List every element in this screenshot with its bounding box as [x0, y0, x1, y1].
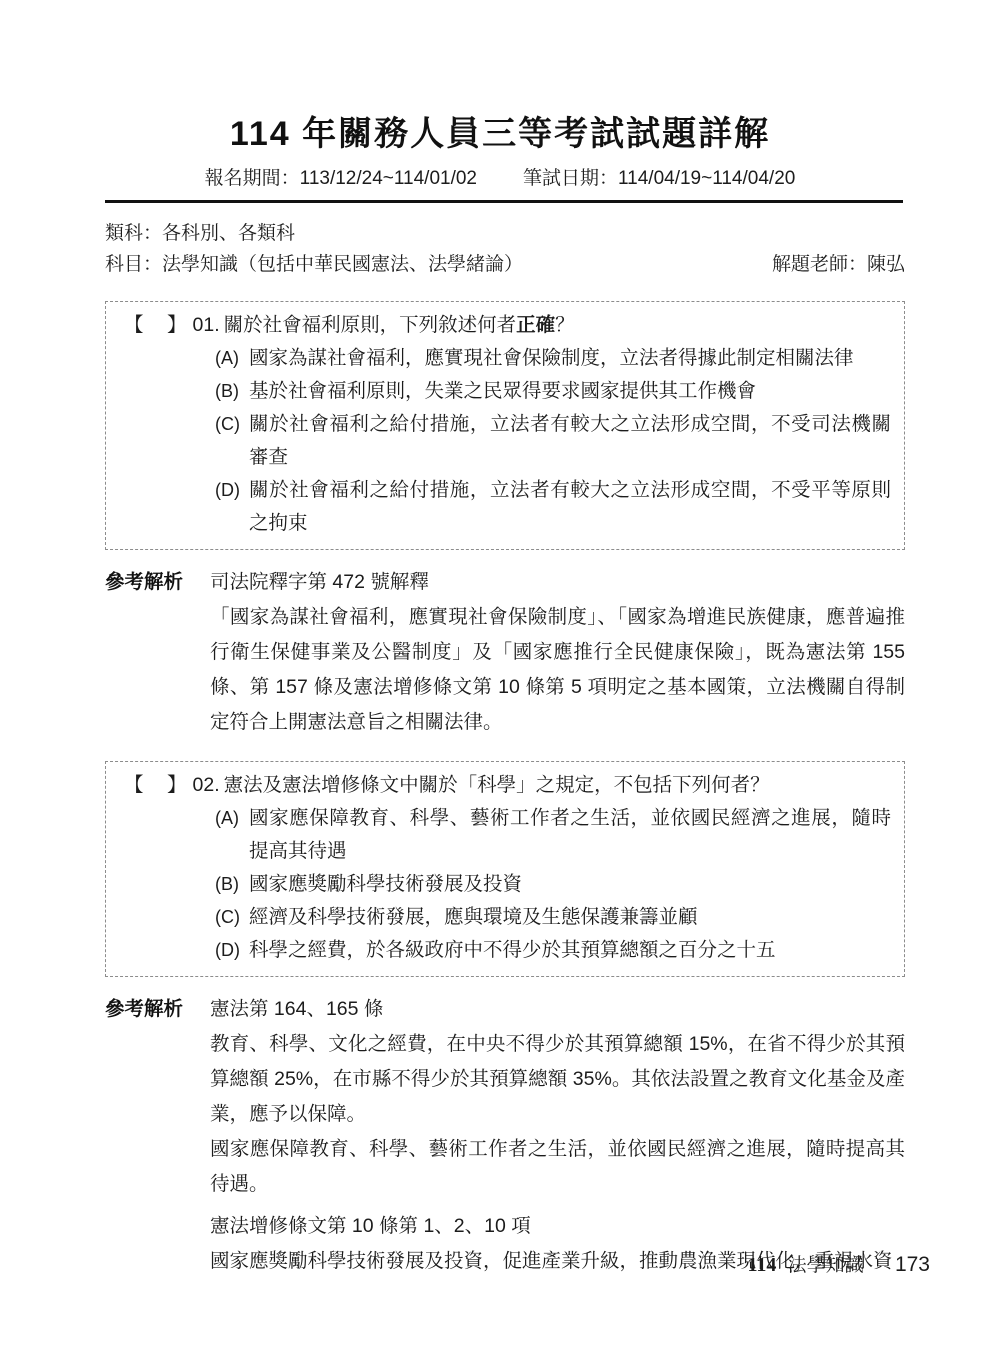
analysis-paragraph: 憲法增修條文第 10 條第 1、2、10 項: [210, 1209, 905, 1244]
analysis-label: 參考解析: [105, 565, 210, 740]
stem-emphasis: 正確: [516, 314, 555, 336]
answer-bracket: 【 】: [124, 314, 189, 336]
analysis-label: 參考解析: [105, 992, 210, 1279]
question-box-02: 【 】02.憲法及憲法增修條文中關於「科學」之規定，不包括下列何者？ (A) 國…: [105, 761, 905, 977]
option-text: 國家為謀社會福利，應實現社會保險制度，立法者得據此制定相關法律: [249, 342, 891, 375]
written-exam-date: 筆試日期：114/04/19~114/04/20: [523, 167, 795, 191]
option-label: (A): [215, 342, 249, 375]
option-b: (B) 基於社會福利原則，失業之民眾得要求國家提供其工作機會: [215, 375, 892, 408]
stem-text: 憲法及憲法增修條文中關於「科學」之規定，不包括下列何者: [224, 774, 751, 796]
option-text: 科學之經費，於各級政府中不得少於其預算總額之百分之十五: [249, 934, 891, 967]
analysis-paragraph: 國家應保障教育、科學、藝術工作者之生活，並依國民經濟之進展，隨時提高其待遇。: [210, 1132, 905, 1202]
header-divider: [105, 200, 903, 203]
option-b: (B) 國家應獎勵科學技術發展及投資: [215, 868, 892, 901]
footer-page-number: 173: [895, 1253, 930, 1276]
option-a: (A) 國家應保障教育、科學、藝術工作者之生活，並依國民經濟之進展，隨時提高其待…: [215, 802, 892, 868]
question-box-01: 【 】01.關於社會福利原則，下列敘述何者正確？ (A) 國家為謀社會福利，應實…: [105, 301, 905, 550]
question-text: 憲法及憲法增修條文中關於「科學」之規定，不包括下列何者？: [224, 774, 770, 796]
solver-line: 解題老師：陳弘: [772, 249, 905, 280]
registration-period: 報名期間：113/12/24~114/01/02: [205, 167, 477, 191]
category-line: 類科：各科別、各類科: [105, 218, 905, 249]
option-c: (C) 關於社會福利之給付措施，立法者有較大之立法形成空間，不受司法機關審查: [215, 408, 892, 474]
option-label: (C): [215, 408, 249, 474]
question-stem: 【 】01.關於社會福利原則，下列敘述何者正確？: [124, 309, 892, 342]
option-text: 基於社會福利原則，失業之民眾得要求國家提供其工作機會: [249, 375, 891, 408]
page-footer: 114 法學知識 173: [747, 1250, 930, 1281]
question-text: 關於社會福利原則，下列敘述何者正確？: [224, 314, 575, 336]
footer-book-number: 114: [747, 1254, 776, 1276]
page-title: 114 年關務人員三等考試試題詳解: [0, 0, 1000, 155]
analysis-block-01: 參考解析 司法院釋字第 472 號解釋 「國家為謀社會福利，應實現社會保險制度」…: [105, 565, 905, 740]
stem-suffix: ？: [555, 314, 575, 336]
option-d: (D) 關於社會福利之給付措施，立法者有較大之立法形成空間，不受平等原則之拘束: [215, 474, 892, 540]
exam-solution-page: 114 年關務人員三等考試試題詳解 報名期間：113/12/24~114/01/…: [0, 0, 1000, 1353]
exam-dates-row: 報名期間：113/12/24~114/01/02 筆試日期：114/04/19~…: [0, 167, 1000, 191]
stem-suffix: ？: [750, 774, 770, 796]
option-label: (C): [215, 901, 249, 934]
option-label: (B): [215, 868, 249, 901]
option-text: 經濟及科學技術發展，應與環境及生態保護兼籌並顧: [249, 901, 891, 934]
option-text: 國家應獎勵科學技術發展及投資: [249, 868, 891, 901]
analysis-paragraph: 司法院釋字第 472 號解釋: [210, 565, 905, 600]
analysis-body: 司法院釋字第 472 號解釋 「國家為謀社會福利，應實現社會保險制度」、「國家為…: [210, 565, 905, 740]
page-header: 114 年關務人員三等考試試題詳解 報名期間：113/12/24~114/01/…: [0, 0, 1000, 280]
analysis-body: 憲法第 164、165 條 教育、科學、文化之經費，在中央不得少於其預算總額 1…: [210, 992, 905, 1279]
question-number: 01.: [193, 314, 220, 336]
option-text: 關於社會福利之給付措施，立法者有較大之立法形成空間，不受司法機關審查: [249, 408, 891, 474]
subject-line: 科目：法學知識（包括中華民國憲法、法學緒論）: [105, 249, 523, 280]
option-c: (C) 經濟及科學技術發展，應與環境及生態保護兼籌並顧: [215, 901, 892, 934]
answer-bracket: 【 】: [124, 774, 189, 796]
option-d: (D) 科學之經費，於各級政府中不得少於其預算總額之百分之十五: [215, 934, 892, 967]
question-stem: 【 】02.憲法及憲法增修條文中關於「科學」之規定，不包括下列何者？: [124, 769, 892, 802]
option-label: (D): [215, 474, 249, 540]
option-label: (A): [215, 802, 249, 868]
analysis-paragraph: 憲法第 164、165 條: [210, 992, 905, 1027]
question-number: 02.: [193, 774, 220, 796]
stem-text: 關於社會福利原則，下列敘述何者: [224, 314, 517, 336]
exam-meta: 類科：各科別、各類科 科目：法學知識（包括中華民國憲法、法學緒論） 解題老師：陳…: [105, 218, 905, 280]
analysis-paragraph: 教育、科學、文化之經費，在中央不得少於其預算總額 15%，在省不得少於其預算總額…: [210, 1027, 905, 1132]
option-a: (A) 國家為謀社會福利，應實現社會保險制度，立法者得據此制定相關法律: [215, 342, 892, 375]
option-text: 關於社會福利之給付措施，立法者有較大之立法形成空間，不受平等原則之拘束: [249, 474, 891, 540]
analysis-block-02: 參考解析 憲法第 164、165 條 教育、科學、文化之經費，在中央不得少於其預…: [105, 992, 905, 1279]
footer-subject: 法學知識: [788, 1255, 864, 1276]
option-text: 國家應保障教育、科學、藝術工作者之生活，並依國民經濟之進展，隨時提高其待遇: [249, 802, 891, 868]
option-label: (B): [215, 375, 249, 408]
analysis-paragraph: 「國家為謀社會福利，應實現社會保險制度」、「國家為增進民族健康，應普遍推行衛生保…: [210, 600, 905, 740]
option-label: (D): [215, 934, 249, 967]
